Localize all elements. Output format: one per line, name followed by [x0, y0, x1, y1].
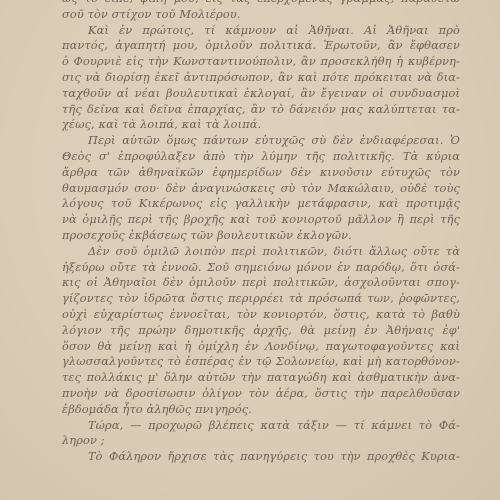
text-line: γλωσσαλγοῦντες τὸ ἑσπέρας ἐν τῷ Σολωνείῳ…: [62, 354, 460, 370]
text-line: χέως, καὶ τὰ λοιπά, καὶ τὰ λοιπά.: [62, 117, 460, 133]
text-line: τες πολλάκις μ' ὅλην αὐτῶν τὴν παταγώδη …: [62, 370, 460, 386]
text-line: θαυμασμόν σου· δὲν ἀναγινώσκεις σὺ τὸν Μ…: [62, 181, 460, 197]
text-line: Θεὸς σ' ἐπροφύλαξεν ἀπὸ τὴν λύμην τῆς πο…: [62, 149, 460, 165]
text-line: σοῦ τὸν στίχον τοῦ Μολιέρου.: [62, 7, 460, 23]
text-line: παντός, ἀγαπητή μου, ὁμιλοῦν πολιτικά. Ἐ…: [62, 38, 460, 54]
text-line: ὡς τὸ εἶπε, φίλη μου, εἰς τὰς ἐπερχομένα…: [62, 0, 460, 7]
text-line: λόγιον τῆς πρώην δημοτικῆς ἀρχῆς, θὰ μεί…: [62, 323, 460, 339]
text-line: Τὸ Φάληρον ἤρχισε τὰς πανηγύρεις του τὴν…: [62, 449, 460, 465]
text-line: γίζοντες τὸν ἱδρῶτα ὅστις περιρρέει τὰ π…: [62, 291, 460, 307]
text-line: πνοὴν νὰ δροσίσωσιν ὀλίγον τὸν ἀέρα, ὅστ…: [62, 386, 460, 402]
text-line: οὐχὶ εὐχαρίστως ἐννοεῖται, τὸν κονιορτόν…: [62, 307, 460, 323]
text-line: προσεχοῦς ἐκβάσεως τῶν βουλευτικῶν ἐκλογ…: [62, 228, 460, 244]
text-line: σις νὰ διορίσῃ ἐκεῖ ἀντιπρόσωπον, ἂν καὶ…: [62, 70, 460, 86]
text-line: λόγους τοῦ Κικέρωνος εἰς γαλλικὴν μετάφρ…: [62, 196, 460, 212]
text-line: ὅσον θὰ μείνῃ καὶ ἡ ὁμίχλη ἐν Λονδίνῳ, π…: [62, 339, 460, 355]
text-line: ταχθοῦν αἱ νέαι βουλευτικαὶ ἐκλογαί, ἂν …: [62, 86, 460, 102]
text-line: Καὶ ἐν πρώτοις, τί κάμνουν αἱ Ἀθῆναι. Αἱ…: [62, 23, 460, 39]
text-line: νὰ ὁμιλῇς περὶ τῆς βροχῆς καὶ τοῦ κονιορ…: [62, 212, 460, 228]
scanned-book-page: ὡς τὸ εἶπε, φίλη μου, εἰς τὰς ἐπερχομένα…: [0, 0, 500, 500]
page-text-block: ὡς τὸ εἶπε, φίλη μου, εἰς τὰς ἐπερχομένα…: [62, 0, 460, 465]
text-line: ἠξεύρω οὔτε τὰ ἐννοῶ. Σοῦ σημειόνω μόνον…: [62, 260, 460, 276]
text-line: Δὲν σοῦ ὁμιλῶ λοιπὸν περὶ πολιτικῶν, διό…: [62, 244, 460, 260]
text-line: κις οἱ Ἀθηναῖοι δὲν ὁμιλοῦν περὶ πολιτικ…: [62, 275, 460, 291]
text-line: ἑβδομάδα ἦτο ἀληθῶς πνιγηρός.: [62, 402, 460, 418]
text-line: Τώρα, — προχωρῶ βλέπεις κατὰ τάξιν — τί …: [62, 418, 460, 434]
text-line: ἄρθρα τῶν ἀθηναϊκῶν ἐφημερίδων δὲν κινοῦ…: [62, 165, 460, 181]
text-line: ληρον ;: [62, 433, 460, 449]
text-line: τῆς δεῖνα καὶ δεῖνα ἐπαρχίας, ἂν τὸ δάνε…: [62, 102, 460, 118]
text-line: ὁ Φουρνιὲ εἰς τὴν Κωνσταντινούπολιν, ἂν …: [62, 54, 460, 70]
text-line: Περὶ αὐτῶν ὅμως πάντων εὐτυχῶς σὺ δὲν ἐν…: [62, 133, 460, 149]
